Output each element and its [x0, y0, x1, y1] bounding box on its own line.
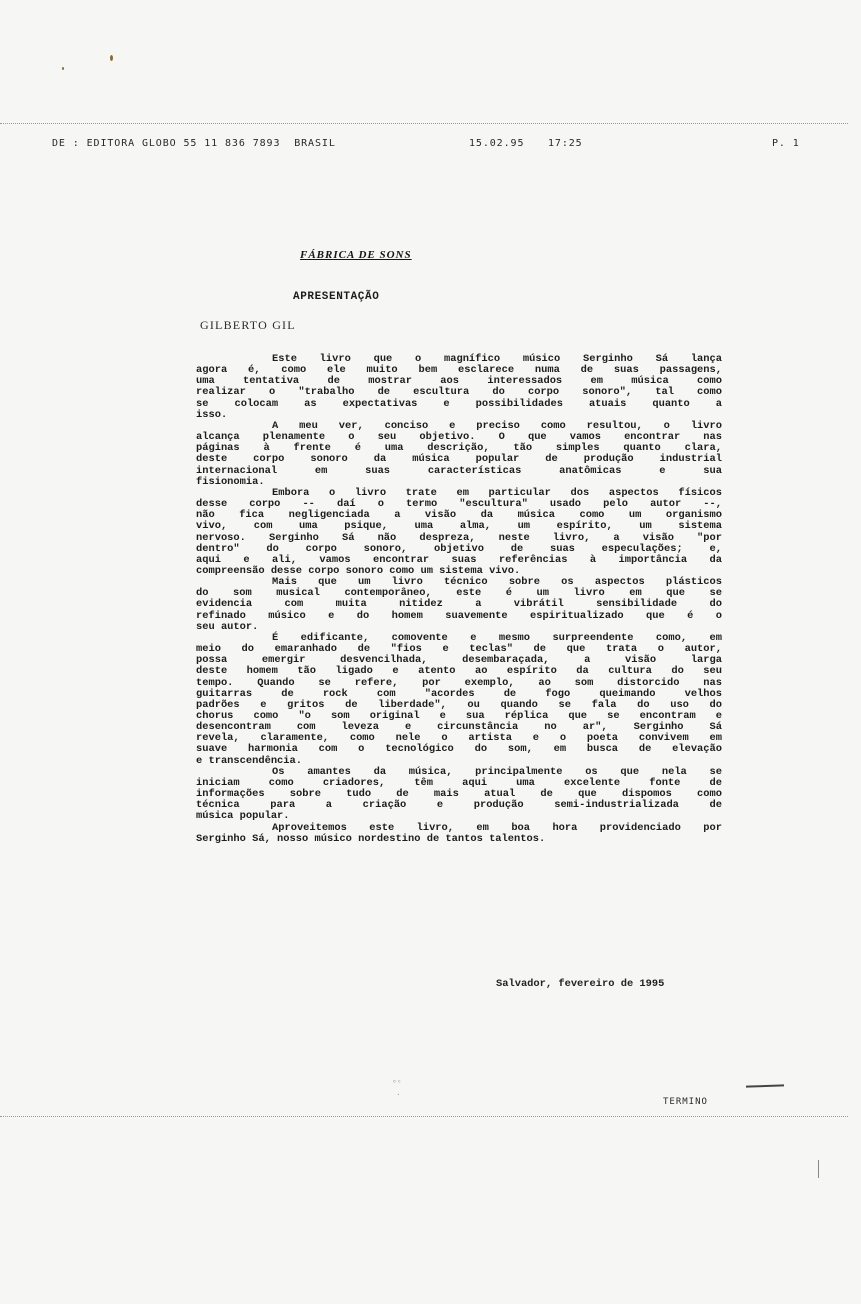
fax-transmission-header: DE : EDITORA GLOBO 55 11 836 7893 BRASIL…	[52, 138, 812, 152]
margin-pen-mark	[818, 1160, 819, 1178]
bottom-separator-line	[0, 1116, 848, 1117]
text-line: vivo, com uma psique, uma alma, um espír…	[196, 521, 722, 532]
text-line: internacional em suas características an…	[196, 466, 722, 477]
text-line: suave harmonia com o tecnológico do som,…	[196, 744, 722, 755]
fax-noise-mark: ·	[396, 1090, 401, 1099]
paragraph: A meu ver, conciso e preciso como result…	[196, 421, 722, 488]
fax-page-number: P. 1	[772, 138, 800, 149]
fax-time: 17:25	[548, 138, 583, 149]
paragraph: Os amantes da música, principalmente os …	[196, 767, 722, 823]
paper-speck	[110, 55, 113, 61]
paragraph: Aproveitemos este livro, em boa hora pro…	[196, 823, 722, 845]
top-separator-line	[0, 123, 848, 124]
text-line: deste homem tão ligado e atento ao espír…	[196, 666, 722, 677]
text-line: refinado músico e do homem suavemente es…	[196, 611, 722, 622]
fax-date: 15.02.95	[469, 138, 524, 149]
text-line: nervoso. Serginho Sá não despreza, neste…	[196, 533, 722, 544]
document-title: FÁBRICA DE SONS	[300, 249, 412, 261]
fax-end-status: TERMINO	[663, 1097, 708, 1107]
document-author: GILBERTO GIL	[200, 318, 296, 333]
text-line: Serginho Sá, nosso músico nordestino de …	[196, 834, 722, 845]
paragraph: Este livro que o magnífico músico Sergin…	[196, 354, 722, 421]
text-line: tempo. Quando se refere, por exemplo, ao…	[196, 678, 722, 689]
text-line: realizar o "trabalho de escultura do cor…	[196, 387, 722, 398]
document-subtitle: APRESENTAÇÃO	[293, 291, 379, 303]
text-line: se colocam as expectativas e possibilida…	[196, 399, 722, 410]
document-body: Este livro que o magnífico músico Sergin…	[196, 354, 722, 845]
paragraph: Embora o livro trate em particular dos a…	[196, 488, 722, 577]
paragraph: Mais que um livro técnico sobre os aspec…	[196, 577, 722, 633]
text-line: deste corpo sonoro da música popular de …	[196, 454, 722, 465]
text-line: evidencia com muita nitidez a vibrátil s…	[196, 599, 722, 610]
handwritten-stroke	[746, 1084, 784, 1087]
fax-noise-mark: ᵒᶜ	[392, 1078, 402, 1087]
place-and-date: Salvador, fevereiro de 1995	[496, 978, 664, 990]
paper-speck	[62, 67, 64, 70]
paragraph: É edificante, comovente e mesmo surpreen…	[196, 633, 722, 767]
text-line: música popular.	[196, 811, 722, 822]
fax-sender: DE : EDITORA GLOBO 55 11 836 7893 BRASIL	[52, 138, 336, 149]
